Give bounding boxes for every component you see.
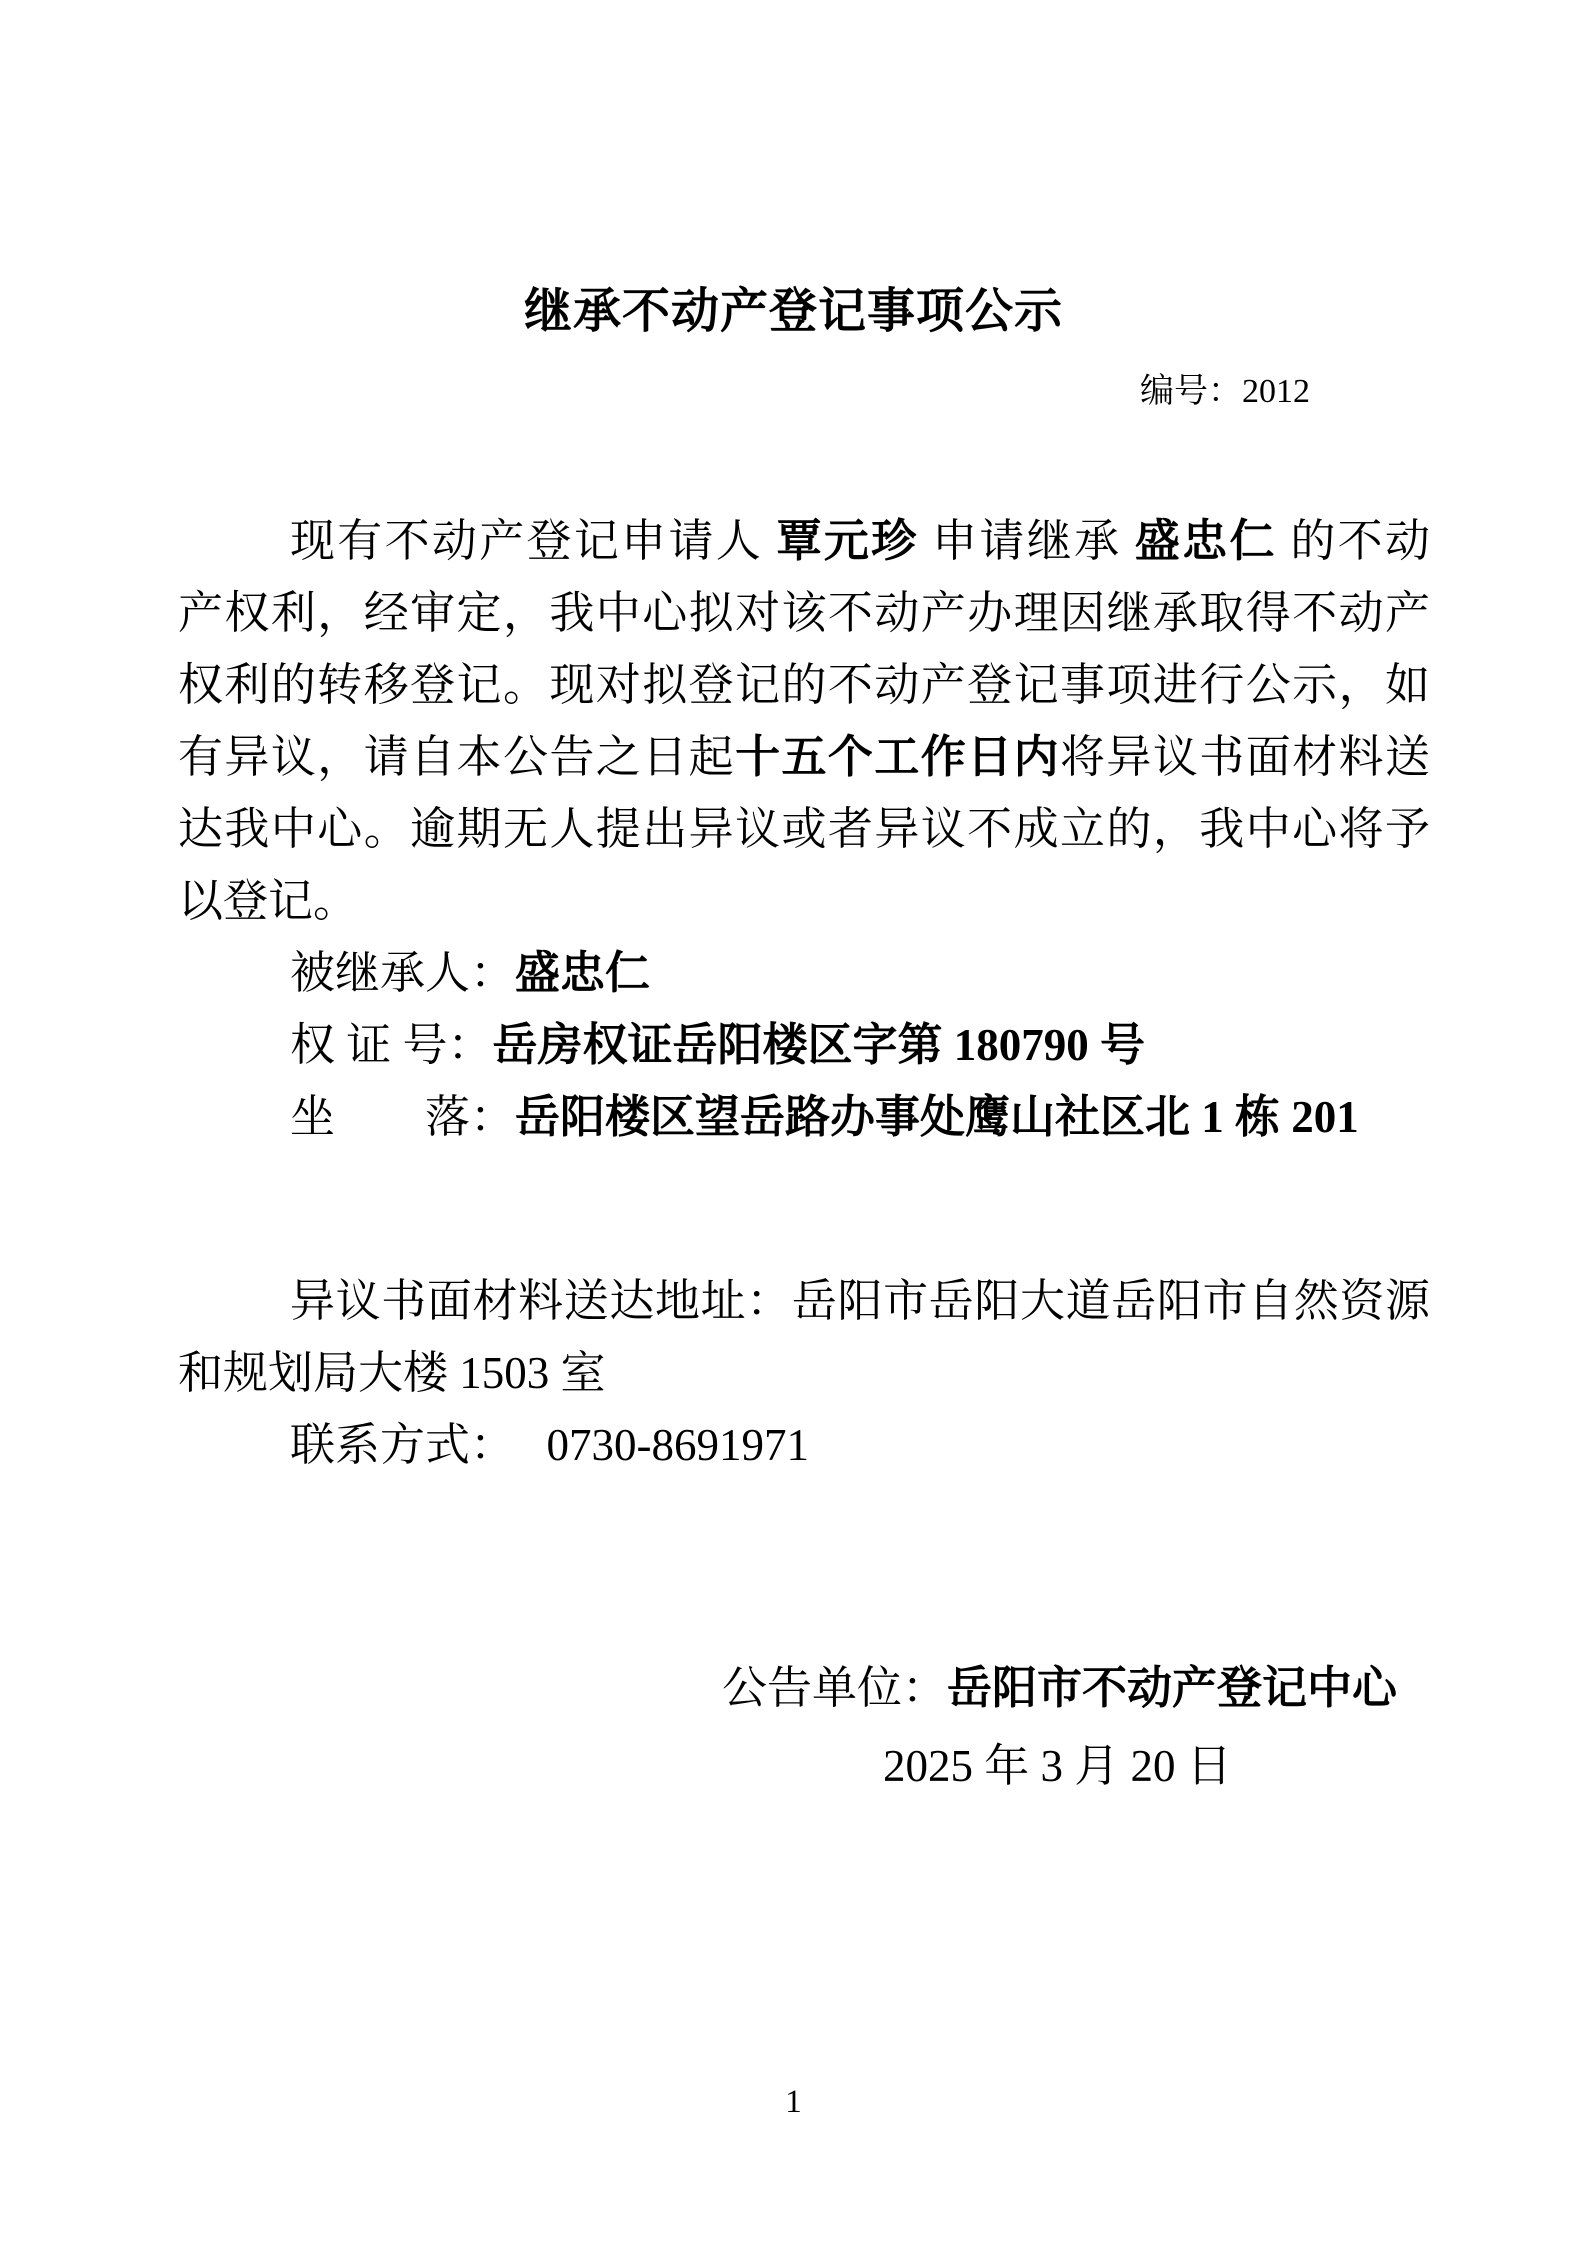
paragraph-text: 的不动 <box>1277 516 1430 566</box>
paragraph-text: 现有不动产登记申请人 <box>290 516 777 566</box>
body-text: 现有不动产登记申请人 覃元珍 申请继承 盛忠仁 的不动 产权利，经审定，我中心拟… <box>178 505 1430 1481</box>
field-row-decedent: 被继承人：盛忠仁 <box>178 937 1430 1009</box>
document-page: 继承不动产登记事项公示 编号：2012 现有不动产登记申请人 覃元珍 申请继承 … <box>0 0 1587 2245</box>
field-label: 被继承人： <box>290 948 515 998</box>
field-label: 权 证 号： <box>290 1020 493 1070</box>
paragraph-line-3: 权利的转移登记。现对拟登记的不动产登记事项进行公示，如 <box>178 649 1430 721</box>
announcement-date: 2025 年 3 月 20 日 <box>883 1730 1232 1802</box>
contact-phone: 0730-8691971 <box>547 1420 810 1470</box>
field-value: 盛忠仁 <box>515 948 650 998</box>
field-label: 坐 落： <box>290 1092 515 1142</box>
announcement-unit-label: 公告单位： <box>722 1663 947 1713</box>
doc-number: 编号：2012 <box>1140 368 1310 416</box>
objection-deadline: 十五个工作日内 <box>735 732 1060 782</box>
field-value: 岳阳楼区望岳路办事处鹰山社区北 1 栋 201 <box>515 1092 1359 1142</box>
paragraph-line-5: 达我中心。逾期无人提出异议或者异议不成立的，我中心将予 <box>178 793 1430 865</box>
applicant-name: 覃元珍 <box>777 516 919 566</box>
paragraph-line-1: 现有不动产登记申请人 覃元珍 申请继承 盛忠仁 的不动 <box>178 505 1430 577</box>
paragraph-text: 有异议，请自本公告之日起 <box>178 732 735 782</box>
paragraph-text: 将异议书面材料送 <box>1060 732 1430 782</box>
doc-number-label: 编号： <box>1140 373 1242 410</box>
field-row-location: 坐 落：岳阳楼区望岳路办事处鹰山社区北 1 栋 201 <box>178 1081 1430 1153</box>
page-number: 1 <box>0 2084 1587 2121</box>
objection-address-line-1: 异议书面材料送达地址：岳阳市岳阳大道岳阳市自然资源 <box>178 1265 1430 1337</box>
field-row-certificate-number: 权 证 号：岳房权证岳阳楼区字第 180790 号 <box>178 1009 1430 1081</box>
paragraph-line-6: 以登记。 <box>178 865 1430 937</box>
paragraph-line-2: 产权利，经审定，我中心拟对该不动产办理因继承取得不动产 <box>178 577 1430 649</box>
field-value: 岳房权证岳阳楼区字第 180790 号 <box>493 1020 1146 1070</box>
announcement-unit-name: 岳阳市不动产登记中心 <box>947 1663 1397 1713</box>
announcement-unit-row: 公告单位：岳阳市不动产登记中心 <box>722 1652 1397 1724</box>
page-title: 继承不动产登记事项公示 <box>0 272 1587 341</box>
decedent-name: 盛忠仁 <box>1135 516 1277 566</box>
contact-label: 联系方式： <box>290 1420 515 1470</box>
paragraph-text: 申请继承 <box>919 516 1135 566</box>
doc-number-value: 2012 <box>1242 373 1310 410</box>
paragraph-line-4: 有异议，请自本公告之日起十五个工作日内将异议书面材料送 <box>178 721 1430 793</box>
section-gap <box>178 1153 1430 1265</box>
objection-address-line-2: 和规划局大楼 1503 室 <box>178 1337 1430 1409</box>
contact-row: 联系方式：0730-8691971 <box>178 1409 1430 1481</box>
